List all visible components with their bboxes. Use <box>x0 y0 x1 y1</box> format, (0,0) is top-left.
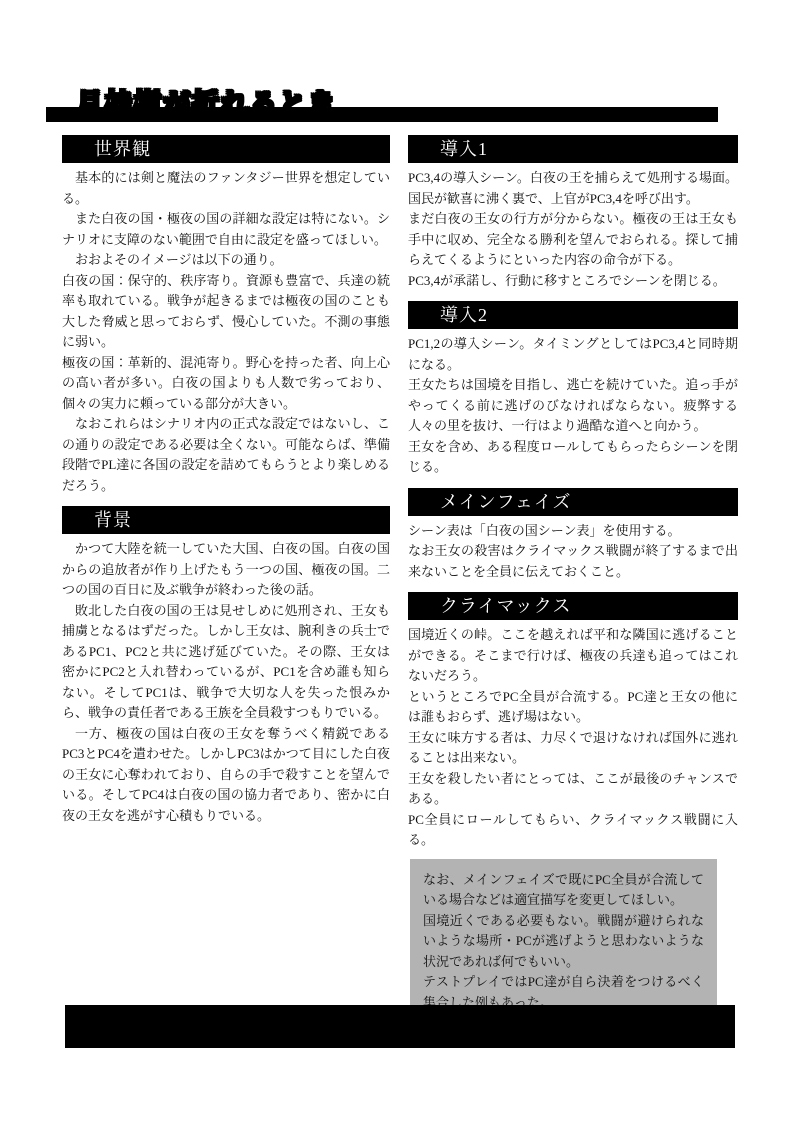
paragraph: シーン表は「白夜の国シーン表」を使用する。 <box>408 521 738 542</box>
paragraph: 一方、極夜の国は白夜の王女を奪うべく精鋭であるPC3とPC4を遣わせた。しかしP… <box>62 724 390 827</box>
paragraph: 王女を含め、ある程度ロールしてもらったらシーンを閉じる。 <box>408 437 738 478</box>
paragraph: PC1,2の導入シーン。タイミングとしてはPC3,4と同時期になる。 <box>408 334 738 375</box>
section-intro1: 導入1 PC3,4の導入シーン。白夜の王を捕らえて処刑する場面。国民が歓喜に沸く… <box>408 135 738 291</box>
section-heading-worldview: 世界観 <box>62 135 390 163</box>
paragraph: まだ白夜の王女の行方が分からない。極夜の王は王女も手中に収め、完全なる勝利を望ん… <box>408 209 738 271</box>
paragraph: 王女を殺したい者にとっては、ここが最後のチャンスである。 <box>408 769 738 810</box>
paragraph: PC3,4の導入シーン。白夜の王を捕らえて処刑する場面。国民が歓喜に沸く裏で、上… <box>408 168 738 209</box>
note-box: なお、メインフェイズで既にPC全員が合流している場合などは適宜描写を変更してほし… <box>410 859 717 1025</box>
right-column: 導入1 PC3,4の導入シーン。白夜の王を捕らえて処刑する場面。国民が歓喜に沸く… <box>408 135 738 1024</box>
paragraph: おおよそのイメージは以下の通り。 <box>62 250 390 271</box>
paragraph: 極夜の国：革新的、混沌寄り。野心を持った者、向上心の高い者が多い。白夜の国よりも… <box>62 353 390 415</box>
paragraph: 国境近くの峠。ここを越えれば平和な隣国に逃げることができる。そこまで行けば、極夜… <box>408 625 738 687</box>
paragraph: PC3,4が承諾し、行動に移すところでシーンを閉じる。 <box>408 271 738 292</box>
paragraph: 王女たちは国境を目指し、逃亡を続けていた。追っ手がやってくる前に逃げのびなければ… <box>408 375 738 437</box>
paragraph: 王女に味方する者は、力尽くで退けなければ国外に逃れることは出来ない。 <box>408 728 738 769</box>
section-mainphase: メインフェイズ シーン表は「白夜の国シーン表」を使用する。 なお王女の殺害はクラ… <box>408 488 738 583</box>
paragraph: 基本的には剣と魔法のファンタジー世界を想定している。 <box>62 168 390 209</box>
paragraph: なおこれらはシナリオ内の正式な設定ではないし、この通りの設定である必要は全くない… <box>62 414 390 496</box>
paragraph: なお王女の殺害はクライマックス戦闘が終了するまで出来ないことを全員に伝えておくこ… <box>408 541 738 582</box>
paragraph: かつて大陸を統一していた大国、白夜の国。白夜の国からの追放者が作り上げたもう一つ… <box>62 539 390 601</box>
left-column: 世界観 基本的には剣と魔法のファンタジー世界を想定している。 また白夜の国・極夜… <box>62 135 390 826</box>
section-background: 背景 かつて大陸を統一していた大国、白夜の国。白夜の国からの追放者が作り上げたも… <box>62 506 390 826</box>
scenario-page: 月桂樹が折れるとき 世界観 基本的には剣と魔法のファンタジー世界を想定している。… <box>0 0 800 1129</box>
section-heading-mainphase: メインフェイズ <box>408 488 738 516</box>
paragraph: PC全員にロールしてもらい、クライマックス戦闘に入る。 <box>408 810 738 851</box>
section-intro2: 導入2 PC1,2の導入シーン。タイミングとしてはPC3,4と同時期になる。 王… <box>408 301 738 478</box>
paragraph: 白夜の国：保守的、秩序寄り。資源も豊富で、兵達の統率も取れている。戦争が起きるま… <box>62 271 390 353</box>
paragraph: 国境近くである必要もない。戦闘が避けられないような場所・PCが逃げようと思わない… <box>423 911 704 973</box>
paragraph: というところでPC全員が合流する。PC達と王女の他には誰もおらず、逃げ場はない。 <box>408 687 738 728</box>
section-climax: クライマックス 国境近くの峠。ここを越えれば平和な隣国に逃げることができる。そこ… <box>408 592 738 851</box>
section-heading-intro2: 導入2 <box>408 301 738 329</box>
section-heading-background: 背景 <box>62 506 390 534</box>
paragraph: 敗北した白夜の国の王は見せしめに処刑され、王女も捕虜となるはずだった。しかし王女… <box>62 601 390 724</box>
page-title: 月桂樹が折れるとき <box>76 82 337 121</box>
paragraph: なお、メインフェイズで既にPC全員が合流している場合などは適宜描写を変更してほし… <box>423 870 704 911</box>
section-heading-climax: クライマックス <box>408 592 738 620</box>
paragraph: また白夜の国・極夜の国の詳細な設定は特にない。シナリオに支障のない範囲で自由に設… <box>62 209 390 250</box>
section-worldview: 世界観 基本的には剣と魔法のファンタジー世界を想定している。 また白夜の国・極夜… <box>62 135 390 496</box>
footer-bar <box>65 1005 735 1048</box>
section-heading-intro1: 導入1 <box>408 135 738 163</box>
